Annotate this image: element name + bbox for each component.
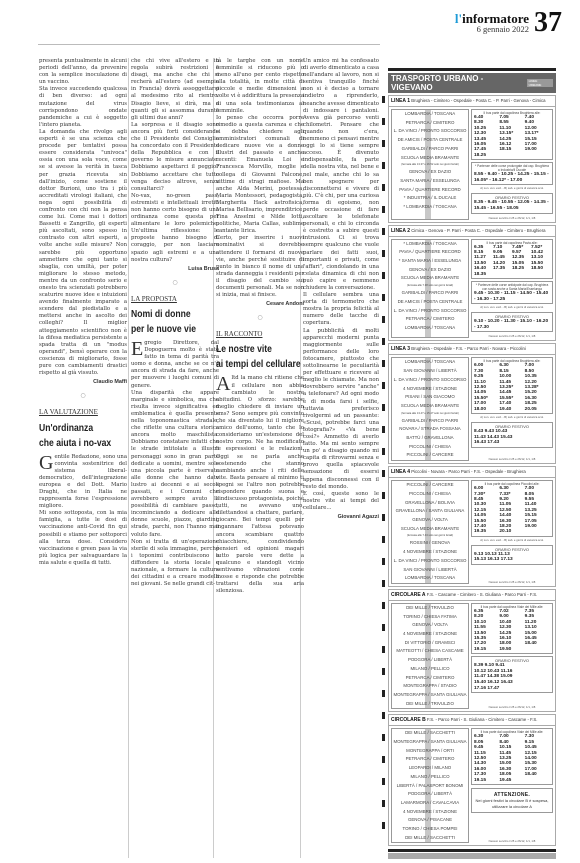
no-service-note: Nessun servizio il 25 e 26/12, 1/1, 1/8 — [471, 837, 553, 843]
stop-name: SCUOLA MEDIA BRAMANTE — [392, 402, 468, 411]
stop-name: ROSSINI / GENOVA — [392, 539, 468, 548]
line-route: Brughiera - Ospedale - F.S. - Parco Parr… — [411, 346, 526, 351]
stop-name: SAN GIOVANNI / LIBERTÀ — [392, 367, 468, 376]
holiday-times: 8.43 9.43 10.43 11.43 14.43 15.43 16.43 … — [474, 429, 550, 446]
timetable-panel: Il bus parte dal capolinea Piccolini all… — [471, 480, 553, 584]
extended-runs: * Partenze delle corse prolungate dal ca… — [471, 162, 553, 185]
departure-time: 18.35 — [474, 272, 493, 277]
weekday-note: A) Lun. ven. escl. - B) sab. e giorni di… — [471, 414, 553, 420]
stop-name: * SANTA MARIA / ESSELUNGA — [392, 257, 468, 266]
stop-list: DEI MILLE / SACCHETTIMONTEGRAPPA / SANTA… — [391, 728, 469, 843]
stop-name: PICCOLINI / CARCERE — [392, 451, 468, 460]
article-kicker: IL RACCONTO — [216, 331, 304, 338]
stop-name: L. DA VINCI / PRONTO SOCCORSO — [392, 376, 468, 385]
stop-name: PICCOLINI / CHIESA — [392, 490, 468, 499]
paragraph: La pubblicità di molti apparecchi modern… — [303, 328, 379, 491]
line-name: LINEA 4 — [391, 469, 410, 475]
departure-table: Il bus parte dal capolinea Brughiera all… — [471, 357, 553, 414]
stop-name: SCUOLA MEDIA BRAMANTE — [392, 154, 468, 163]
stop-name: SANTA MARIA / ESSELUNGA — [392, 177, 468, 186]
departure-times: 6.357.107.45*7.52*8.159.059.5710.4211.27… — [474, 245, 550, 277]
departure-time — [512, 272, 531, 277]
stop-name: PAVIA / QUARTIERE RECORD — [392, 248, 468, 257]
no-service-note: Nessun servizio il 25 e 26/12, 1/1, 1/8 — [471, 455, 553, 461]
brand-prefix: l' — [455, 11, 462, 26]
stop-name: GRAVELLONA / BOLIVIA — [392, 499, 468, 508]
stop-name: 4 NOVEMBRE / STAZIONE — [392, 548, 468, 557]
bus-line-section: LINEA 3 Brughiera - Ospedale - F.S. - Pa… — [388, 343, 556, 464]
timetable-panel: Il bus parte dal capolinea Brughiera all… — [471, 357, 553, 461]
line-body: LOMBARDIA / TOSCANASAN GIOVANNI / LIBERT… — [389, 355, 555, 463]
stop-name: PAVIA / QUARTIERE RECORD — [392, 186, 468, 195]
stop-list: DEI MILLE / TRIVULZIOTORINO / CHIESA FAT… — [391, 603, 469, 709]
stop-name: LOMBARDIA / TOSCANA — [392, 358, 468, 367]
extended-runs: * Partenze delle corse anticipate dal ca… — [471, 281, 553, 304]
article-headline: Nomi di donne — [131, 307, 207, 322]
line-body: * LOMBARDIA / TOSCANAPAVIA / QUARTIERE R… — [389, 237, 555, 341]
stop-name: MONTEGRAPPA / STADIO — [392, 682, 468, 691]
line-route: Brughiera - Cimitero - Ospedale - Posta … — [411, 98, 545, 103]
transport-badge: LINEE URBANE — [527, 79, 553, 87]
extended-times: 8.55 - 9.40 - 10.25 - 14.25 - 15.15 - 16… — [474, 172, 550, 183]
paragraph: Un amico mi ha confessato di averlo dime… — [303, 58, 379, 292]
paragraph: Io penso che occorra porre rimedio a que… — [216, 115, 304, 236]
stop-name: DEI MILLE / SACCHETTI — [392, 729, 468, 738]
timetable-panel: Il bus parte dal capolinea Brughiera all… — [471, 109, 553, 220]
article-kicker: LA PROPOSTA — [131, 296, 219, 303]
no-service-note: Nessun servizio il 25 e 26/12, 1/1, 1/8 — [471, 703, 553, 709]
departure-time: 20.05 — [525, 407, 550, 412]
stop-name: GENOVA / VOLTA — [392, 621, 468, 630]
departure-time — [493, 272, 512, 277]
stop-name: GARIBALDI / PARCO PARRI — [392, 145, 468, 154]
stop-name: LIBERTÀ / PALASPORT BONOMI — [392, 782, 468, 791]
line-body: DEI MILLE / SACCHETTIMONTEGRAPPA / SANTA… — [389, 726, 555, 845]
extended-note: * Partenze delle corse anticipate dal ca… — [474, 283, 550, 291]
stop-list: LOMBARDIA / TOSCANAPETRARCA / CIMITEROL.… — [391, 109, 469, 220]
paragraph: Mi sono sottoposta, con la mia famiglia,… — [39, 510, 127, 567]
holiday-times: 9.10 - 10.20 - 11.30 - 15.10 - 16.20 - 1… — [474, 319, 550, 330]
stop-name: 4 NOVEMBRE / STAZIONE — [392, 630, 468, 639]
timetable-panel: Il bus parte dal capolinea Pavia alle:6.… — [471, 239, 553, 339]
transport-title-text: TRASPORTO URBANO - VIGEVANO — [391, 74, 527, 92]
departure-table: Il bus parte dal capolinea Pavia alle:6.… — [471, 239, 553, 279]
article-headline: che aiuta i no-vax — [39, 436, 115, 451]
holiday-schedule: ORARIO FESTIVO8.43 9.43 10.43 11.43 14.4… — [471, 422, 553, 448]
stop-name: MILANO / PELLICO — [392, 665, 468, 674]
stop-list: PICCOLINI / CARCEREPICCOLINI / CHIESAGRA… — [391, 480, 469, 584]
holiday-times: 8.35 - 9.45 - 10.55 - 12.05 - 14.35 - 15… — [474, 200, 550, 211]
paragraph: Non si tratta di un'operazione sterile d… — [131, 539, 219, 589]
attention-body: Nei giorni festivi la circolare B è sosp… — [474, 798, 550, 809]
paragraph: gregio Direttore, dal Dopoguerra molto è… — [131, 340, 219, 389]
decorative-bar-strip — [382, 96, 386, 844]
stop-name: MONTEGRAPPA / SANTA GIULIANA — [392, 738, 468, 747]
paragraph: E così, queste sono le nostre vite ai te… — [303, 491, 379, 512]
stop-name: SCUOLA MEDIA BRAMANTE — [392, 525, 468, 534]
stop-name: PICCOLINI / CARCERE — [392, 481, 468, 490]
line-route: Cimica - Genova - P. Parri - Posta C. - … — [411, 228, 545, 233]
line-body: LOMBARDIA / TOSCANAPETRARCA / CIMITEROL.… — [389, 107, 555, 222]
timetable-panel: Il bus parte dal capolinea Viale dei Mil… — [471, 728, 553, 843]
paragraph: Sta invece succedendo qualcosa di ben di… — [39, 86, 127, 129]
stop-name: DEI MILLE / TRIVULZIO — [392, 700, 468, 709]
attention-notice: ATTENZIONE.Nei giorni festivi la circola… — [471, 788, 553, 813]
line-body: DEI MILLE / TRIVULZIOTORINO / CHIESA FAT… — [389, 601, 555, 711]
bus-line-section: CIRCOLARE B F.S. - Parco Parri - S. Giul… — [388, 714, 556, 846]
stop-name: GENOVA / EX DAZIO — [392, 168, 468, 177]
stop-name: GARIBALDI / PARCO PARRI — [392, 417, 468, 426]
column-1: presenta puntualmente in alcuni periodi … — [39, 58, 127, 567]
line-name: LINEA 3 — [391, 346, 410, 352]
departure-time — [499, 153, 524, 158]
paragraph: No-vax, no-green pass, estremisti e inte… — [131, 193, 219, 264]
line-name: LINEA 1 — [391, 98, 410, 104]
weekday-note: A) Lun. ven. escl. - B) sab. e giorni di… — [471, 537, 553, 543]
stop-name: MATTEOTTI / CHIESA CASCAME — [392, 647, 468, 656]
paragraph: ltd la mano chi ritiene che il cellulare… — [216, 375, 304, 594]
stop-name: 4 NOVEMBRE / STAZIONE — [392, 808, 468, 817]
departure-time: 19.35 — [474, 529, 499, 534]
author-signature: Giovanni Agazzi — [303, 514, 379, 521]
stop-name: PODGORA / LIBERTÀ — [392, 790, 468, 799]
line-header: CIRCOLARE B F.S. - Parco Parri - S. Giul… — [389, 715, 555, 726]
stop-name: PETRARCA / CIMITERO — [392, 315, 468, 324]
departure-times: 6.407.057.408.308.559.4010.2511.1012.001… — [474, 115, 550, 158]
holiday-schedule: ORARIO FESTIVO8.39 9.10 9.41 10.12 10.43… — [471, 656, 553, 693]
departure-times: 6.357.027.358.209.009.3510.1010.4011.201… — [474, 609, 550, 652]
stop-name: TORINO / CHIESA POMPEI — [392, 825, 468, 834]
stop-name: L. DA VINCI / PRONTO SOCCORSO — [392, 127, 468, 136]
stop-name: 4 NOVEMBRE / STAZIONE — [392, 385, 468, 394]
author-signature: Luisa Brusa — [131, 266, 219, 273]
stop-list: * LOMBARDIA / TOSCANAPAVIA / QUARTIERE R… — [391, 239, 469, 339]
departure-table: Il bus parte dal capolinea Viale dei Mil… — [471, 603, 553, 654]
stop-name: * LOMBARDIA / TOSCANA — [392, 203, 468, 212]
stop-name: GARIBALDI / PARCO PARRI — [392, 289, 468, 298]
paragraph: che chi vive all'estero e in regola subi… — [131, 58, 219, 122]
no-service-note: Nessun servizio il 25 e 26/12, 1/1, 1/8 — [471, 214, 553, 220]
stop-name: * LOMBARDIA / TOSCANA — [392, 240, 468, 249]
stop-name: GENOVA / EX DAZIO — [392, 266, 468, 275]
stop-name: MILANO / PELLICO — [392, 773, 468, 782]
column-divider — [128, 58, 129, 858]
stop-name: TORINO / CHIESA FATIMA — [392, 613, 468, 622]
departure-time: 18.00 — [474, 407, 499, 412]
author-signature: Cesare Andoni — [216, 301, 304, 308]
line-name: LINEA 2 — [391, 228, 410, 234]
line-header: CIRCOLARE A F.S. - Cascame - Cimitero - … — [389, 590, 555, 601]
stop-name: GENOVA / VOLTA — [392, 516, 468, 525]
paragraph: Una disparità che appare marginale e sim… — [131, 390, 219, 539]
line-name: CIRCOLARE B — [391, 717, 426, 723]
line-route: F.S. - Parco Parri - S. Giuliana - Cimit… — [427, 717, 538, 722]
stop-name: DE AMICIS / POSTA CENTRALE — [392, 298, 468, 307]
stop-name: L. DA VINCI / PRONTO SOCCORSO — [392, 557, 468, 566]
stop-name: PETRARCA / CIMITERO — [392, 119, 468, 128]
section-ornament-icon: ○ — [39, 392, 127, 399]
departure-time: 19.45 — [499, 778, 524, 783]
paragraph: tà le targhe con un nome femminile si ri… — [216, 58, 304, 115]
departure-time — [525, 778, 550, 783]
newspaper-brand: l'informatore — [455, 13, 529, 25]
line-route: F.S. - Cascame - Cimitero - S. Giuliana … — [427, 592, 538, 597]
no-service-note: Nessun servizio il 25 e 26/12, 1/1, 1/8 — [471, 332, 553, 338]
article-headline: Le nostre vite — [216, 342, 292, 357]
transport-title: TRASPORTO URBANO - VIGEVANO LINEE URBANE — [388, 73, 556, 93]
stop-name: LOMBARDIA / TOSCANA — [392, 324, 468, 333]
departure-time: 19.15 — [474, 647, 499, 652]
column-4: Un amico mi ha confessato di averlo dime… — [303, 58, 379, 523]
bus-line-section: LINEA 2 Cimica - Genova - P. Parri - Pos… — [388, 225, 556, 342]
line-header: LINEA 3 Brughiera - Ospedale - F.S. - Pa… — [389, 344, 555, 355]
departure-time — [525, 529, 550, 534]
weekday-note: A) Lun. ven. escl. - B) sab. e giorni di… — [471, 304, 553, 310]
masthead: l'informatore 6 gennaio 2022 37 — [455, 10, 562, 36]
stop-name: LOMBARDIA / TOSCANA — [392, 110, 468, 119]
bus-line-section: CIRCOLARE A F.S. - Cascame - Cimitero - … — [388, 589, 556, 712]
line-name: CIRCOLARE A — [391, 592, 426, 598]
article-headline: Un'ordinanza — [39, 421, 115, 436]
departure-times: 6.307.007.308.058.409.159.4510.1510.4511… — [474, 734, 550, 783]
departure-times: 6.006.307.007.30*7.33*8.058.459.209.5510… — [474, 486, 550, 535]
line-header: LINEA 1 Brughiera - Cimitero - Ospedale … — [389, 96, 555, 107]
stop-name: PISANI / SAN GIACOMO — [392, 393, 468, 402]
holiday-schedule: ORARIO FESTIVO9.10 - 10.20 - 11.30 - 15.… — [471, 312, 553, 332]
stop-list: LOMBARDIA / TOSCANASAN GIOVANNI / LIBERT… — [391, 357, 469, 461]
top-rule — [38, 44, 380, 45]
stop-name: LOMBARDIA / TOSCANA — [392, 574, 468, 583]
stop-name: PETRARCA / CIMITERO — [392, 674, 468, 683]
stop-name: MONTEGRAPPA / SANTA GIULIANA — [392, 691, 468, 700]
bottom-bar — [388, 849, 556, 852]
timetable-panel: Il bus parte dal capolinea Viale dei Mil… — [471, 603, 553, 709]
stop-name: L. DA VINCI / PRONTO SOCCORSO — [392, 307, 468, 316]
no-service-note: Nessun servizio il 25 e 26/12, 1/1, 1/8 — [471, 578, 553, 584]
line-header: LINEA 4 Piccolini - Novara - Parco Parri… — [389, 467, 555, 478]
bus-line-section: LINEA 1 Brughiera - Cimitero - Ospedale … — [388, 95, 556, 223]
line-route: Piccolini - Novara - Parco Parri - F.S. … — [411, 469, 526, 474]
stop-name: DEI MILLE / TRIVULZIO — [392, 604, 468, 613]
holiday-times: 9.13 10.13 11.13 15.13 16.13 17.13 — [474, 552, 550, 563]
section-ornament-icon: ○ — [131, 279, 219, 286]
holiday-times: 8.39 9.10 9.41 10.12 10.43 11.16 11.47 1… — [474, 663, 550, 691]
paragraph: Il cellulare sembra una sorta di termome… — [303, 292, 379, 327]
departure-time: 19.15 — [474, 778, 499, 783]
page-number: 37 — [534, 10, 562, 36]
article-headline: ai tempi del cellulare — [216, 357, 292, 372]
stop-name: SAN GIOVANNI / LIBERTÀ — [392, 566, 468, 575]
extended-times: 9.45 - 10.30 - 11.15 - 14.50 - 15.40 - 1… — [474, 291, 550, 302]
stop-name: GENOVA / PISACANE — [392, 816, 468, 825]
issue-date: 6 gennaio 2022 — [455, 25, 529, 34]
departure-time — [531, 272, 550, 277]
drop-cap: A — [216, 376, 230, 392]
drop-cap: G — [39, 455, 53, 471]
departure-time: 18.25 — [474, 153, 499, 158]
stop-name: DE AMICIS / POSTA CENTRALE — [392, 136, 468, 145]
stop-name: DEI MILLE / SACCHETTI — [392, 834, 468, 843]
top-bar — [388, 68, 556, 71]
stop-name: LEOPARDI / MILANO — [392, 764, 468, 773]
article-headline: per le nuove vie — [131, 322, 207, 337]
paragraph: Certo, per inserire i nuovi nominativi s… — [216, 235, 304, 299]
stop-name: SCUOLA MEDIA BRAMANTE — [392, 274, 468, 283]
holiday-schedule: ORARIO FESTIVO8.35 - 9.45 - 10.55 - 12.0… — [471, 193, 553, 213]
stop-name: PICCOLINI / CHIESA — [392, 443, 468, 452]
weekday-note: A) Lun. ven. escl. - B) sab. e giorni di… — [471, 185, 553, 191]
bus-line-section: LINEA 4 Piccolini - Novara - Parco Parri… — [388, 466, 556, 587]
author-signature: Claudio Maffi — [39, 379, 127, 386]
stop-name: MONTEGRAPPA / ORTI — [392, 747, 468, 756]
stop-name: LAMARMORA / CAVALCAVIA — [392, 799, 468, 808]
column-2: che chi vive all'estero e in regola subi… — [131, 58, 219, 588]
transport-schedule-box: TRASPORTO URBANO - VIGEVANO LINEE URBANE… — [388, 68, 556, 859]
departure-table: Il bus parte dal capolinea Viale dei Mil… — [471, 728, 553, 785]
line-header: LINEA 2 Cimica - Genova - P. Parri - Pos… — [389, 226, 555, 237]
paragraph: La domanda che rivolgo agli esperti è se… — [39, 129, 127, 377]
stop-name: DI VITTORIO / GRAMSCI — [392, 639, 468, 648]
departure-time — [525, 647, 550, 652]
stop-name: NOVARA / STRADA FOSSANA — [392, 425, 468, 434]
stop-name: PETRARCA / CIMITERO — [392, 755, 468, 764]
departure-table: Il bus parte dal capolinea Brughiera all… — [471, 109, 553, 160]
section-ornament-icon: ○ — [216, 314, 304, 321]
stop-name: BATTÙ / GRAVELLONA — [392, 434, 468, 443]
article-kicker: LA VALUTAZIONE — [39, 409, 127, 416]
departure-time: 19.50 — [499, 647, 524, 652]
departure-time — [525, 153, 550, 158]
departure-time: 20.10 — [499, 529, 524, 534]
holiday-schedule: ORARIO FESTIVO9.13 10.13 11.13 15.13 16.… — [471, 545, 553, 565]
stop-name: PODGORA / LIBERTÀ — [392, 656, 468, 665]
departure-time: 19.40 — [499, 407, 524, 412]
column-3: tà le targhe con un nome femminile si ri… — [216, 58, 304, 595]
paragraph: presenta puntualmente in alcuni periodi … — [39, 58, 127, 86]
bottom-bar-grey — [388, 853, 556, 859]
line-body: PICCOLINI / CARCEREPICCOLINI / CHIESAGRA… — [389, 478, 555, 586]
departure-table: Il bus parte dal capolinea Piccolini all… — [471, 480, 553, 537]
departure-times: 6.006.307.007.308.158.509.2510.0010.3511… — [474, 363, 550, 412]
drop-cap: E — [131, 341, 143, 357]
stop-name: * INDUSTRIA / IL DUCALE — [392, 194, 468, 203]
stop-name: GRAVELLONA / SANTA GIULIANA — [392, 507, 468, 516]
paragraph: La sorpresa e il disagio sono ancora più… — [131, 122, 219, 193]
